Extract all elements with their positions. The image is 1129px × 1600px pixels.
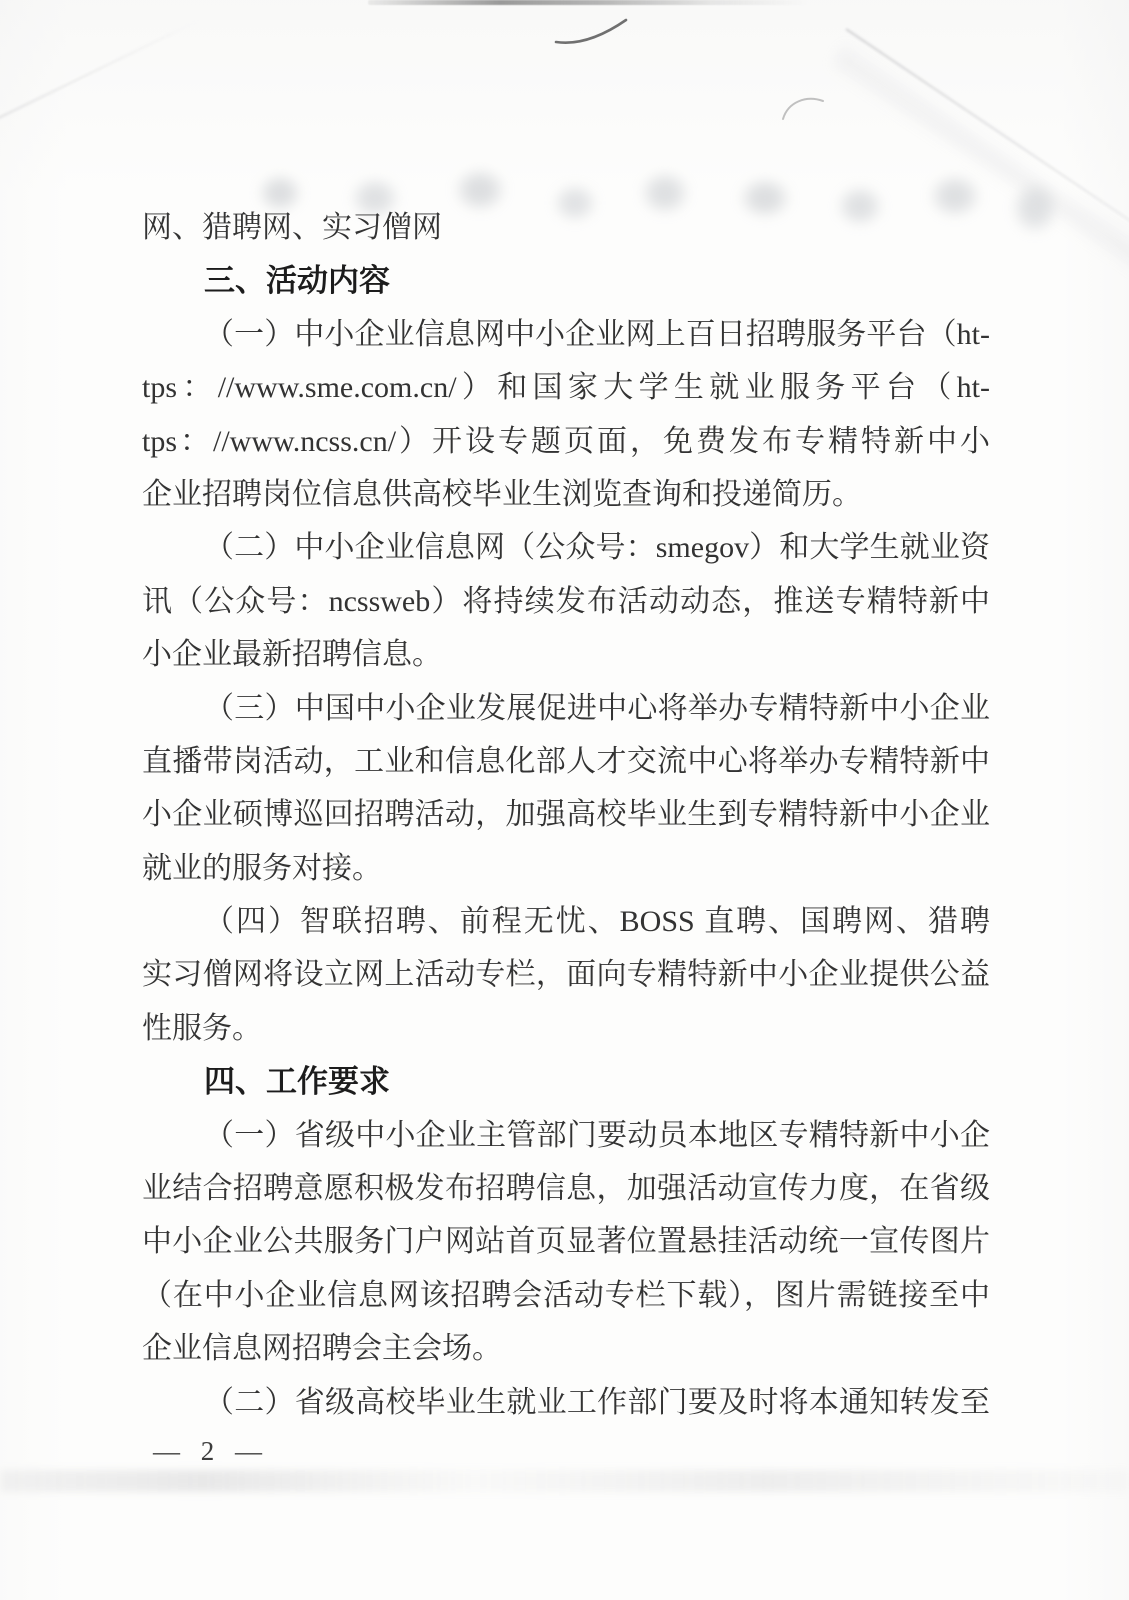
text-line: 性服务。 [142,1002,990,1055]
text-line: （在中小企业信息网该招聘会活动专栏下载），图片需链接至中小 [142,1269,990,1322]
text-line: tps：//www.ncss.cn/）开设专题页面，免费发布专精特新中小 [142,415,990,468]
text-line: 中小企业公共服务门户网站首页显著位置悬挂活动统一宣传图片 [142,1215,990,1268]
text-line: 小企业硕博巡回招聘活动，加强高校毕业生到专精特新中小企业 [142,788,990,841]
text-line: （三）中国中小企业发展促进中心将举办专精特新中小企业 [142,682,990,735]
section-heading: 四、工作要求 [142,1055,990,1108]
text-line: 网、猎聘网、实习僧网 [142,201,990,254]
text-line: tps：//www.sme.com.cn/）和国家大学生就业服务平台（ht- [142,361,990,414]
text-line: （二）中小企业信息网（公众号：smegov）和大学生就业资 [142,521,990,574]
text-line: 讯（公众号：ncssweb）将持续发布活动动态，推送专精特新中 [142,575,990,628]
fold-crease-left [0,19,201,130]
scanned-document-page: { "page": { "background": "#fdfdfc", "te… [0,0,1129,1600]
pen-stroke-mark-small [778,90,828,129]
text-line: 业结合招聘意愿积极发布招聘信息，加强活动宣传力度，在省级 [142,1162,990,1215]
scan-bottom-smudge [0,1470,1129,1492]
page-number: — 2 — [153,1436,269,1467]
document-body: 网、猎聘网、实习僧网三、活动内容（一）中小企业信息网中小企业网上百日招聘服务平台… [142,201,990,1429]
text-line: 小企业最新招聘信息。 [142,628,990,681]
section-heading: 三、活动内容 [142,254,990,307]
text-line: 企业信息网招聘会主会场。 [142,1322,990,1375]
text-line: （一）中小企业信息网中小企业网上百日招聘服务平台（ht- [142,308,990,361]
text-line: 企业招聘岗位信息供高校毕业生浏览查询和投递简历。 [142,468,990,521]
text-line: 直播带岗活动，工业和信息化部人才交流中心将举办专精特新中 [142,735,990,788]
text-line: （四）智联招聘、前程无忧、BOSS 直聘、国聘网、猎聘网、 [142,895,990,948]
text-line: 实习僧网将设立网上活动专栏，面向专精特新中小企业提供公益 [142,948,990,1001]
scan-edge-smudge [368,0,808,5]
text-line: （一）省级中小企业主管部门要动员本地区专精特新中小企 [142,1109,990,1162]
text-line: 就业的服务对接。 [142,842,990,895]
text-line: （二）省级高校毕业生就业工作部门要及时将本通知转发至 [142,1376,990,1429]
pen-stroke-mark [552,14,632,55]
